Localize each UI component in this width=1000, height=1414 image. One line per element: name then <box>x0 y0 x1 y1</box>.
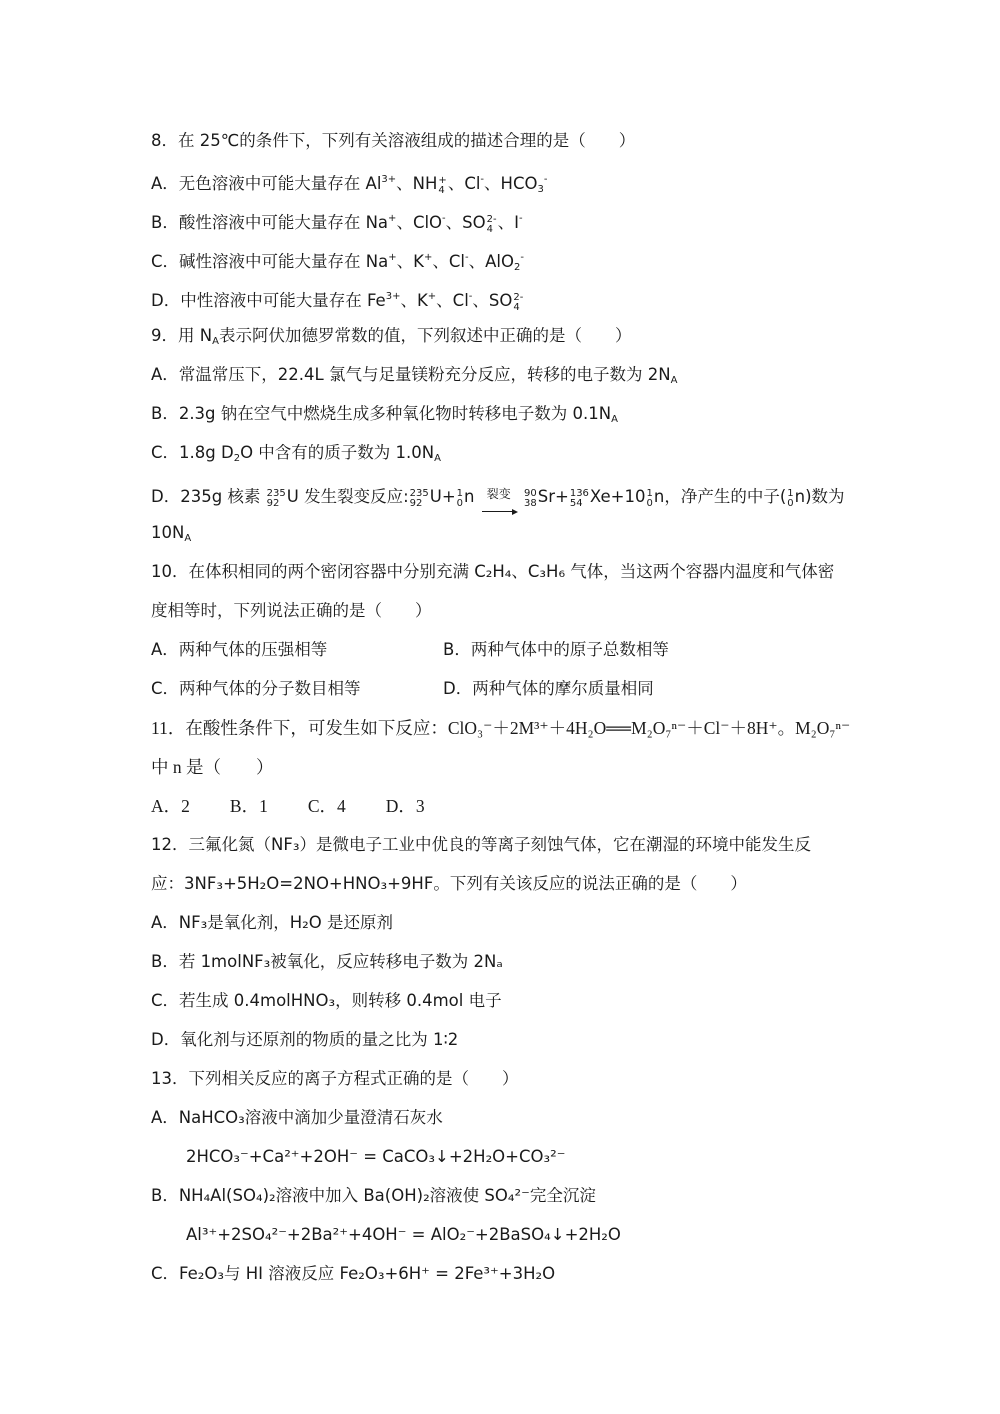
q11-option-d: D．3 <box>386 791 425 821</box>
q10-options-row2: C．两种气体的分子数目相等D．两种气体的摩尔质量相同 <box>151 674 861 704</box>
q8-option-a: A．无色溶液中可能大量存在 Al3+、NH+4、Cl-、HCO3- <box>151 165 547 195</box>
q10-option-a: A．两种气体的压强相等 <box>151 640 327 659</box>
q12-stem-line2: 应：3NF₃+5H₂O=2NO+HNO₃+9HF。下列有关该反应的说法正确的是（… <box>151 869 747 899</box>
q11-option-c: C．4 <box>308 791 346 821</box>
q10-stem-line1: 10．在体积相同的两个密闭容器中分别充满 C₂H₄、C₃H₆ 气体，当这两个容器… <box>151 557 834 587</box>
q10-option-d: D．两种气体的摩尔质量相同 <box>443 674 654 704</box>
q13-option-a: A．NaHCO₃溶液中滴加少量澄清石灰水 <box>151 1103 443 1133</box>
q10-option-b: B．两种气体中的原子总数相等 <box>443 635 669 665</box>
q11-options: A．2B．1C．4D．3 <box>151 791 465 821</box>
q9-option-d-cont: 10NA <box>151 518 191 548</box>
q11-stem-line1: 11．在酸性条件下，可发生如下反应：ClO₃⁻＋2M³⁺＋4H₂O══M₂O₇ⁿ… <box>151 713 850 743</box>
q13-option-b-equation: Al³⁺+2SO₄²⁻+2Ba²⁺+4OH⁻ = AlO₂⁻+2BaSO₄↓+2… <box>186 1220 621 1250</box>
q13-stem: 13．下列相关反应的离子方程式正确的是（ ） <box>151 1064 519 1094</box>
q9-option-b: B．2.3g 钠在空气中燃烧生成多种氧化物时转移电子数为 0.1NA <box>151 399 618 429</box>
q9-option-c: C．1.8g D2O 中含有的质子数为 1.0NA <box>151 438 441 468</box>
q9-option-a: A．常温常压下，22.4L 氯气与足量镁粉充分反应，转移的电子数为 2NA <box>151 360 677 390</box>
q13-option-a-equation: 2HCO₃⁻+Ca²⁺+2OH⁻ = CaCO₃↓+2H₂O+CO₃²⁻ <box>186 1142 565 1172</box>
q11-option-a: A．2 <box>151 791 190 821</box>
q13-option-c: C．Fe₂O₃与 HI 溶液反应 Fe₂O₃+6H⁺ = 2Fe³⁺+3H₂O <box>151 1259 555 1289</box>
q11-stem-line2: 中 n 是（ ） <box>151 752 274 782</box>
q12-stem-line1: 12．三氟化氮（NF₃）是微电子工业中优良的等离子刻蚀气体，它在潮湿的环境中能发… <box>151 830 811 860</box>
fission-arrow: 裂变 <box>480 479 518 509</box>
q10-option-c: C．两种气体的分子数目相等 <box>151 679 361 698</box>
q8-option-c: C．碱性溶液中可能大量存在 Na+、K+、Cl-、AlO2- <box>151 243 524 273</box>
q12-option-b: B．若 1molNF₃被氧化，反应转移电子数为 2Nₐ <box>151 947 503 977</box>
q13-option-b: B．NH₄Al(SO₄)₂溶液中加入 Ba(OH)₂溶液使 SO₄²⁻完全沉淀 <box>151 1181 596 1211</box>
q9-stem: 9．用 NA表示阿伏加德罗常数的值，下列叙述中正确的是（ ） <box>151 321 631 351</box>
q11-option-b: B．1 <box>230 791 268 821</box>
q10-options-row1: A．两种气体的压强相等B．两种气体中的原子总数相等 <box>151 635 861 665</box>
q12-option-d: D．氧化剂与还原剂的物质的量之比为 1∶2 <box>151 1025 458 1055</box>
q12-option-c: C．若生成 0.4molHNO₃，则转移 0.4mol 电子 <box>151 986 502 1016</box>
q8-stem: 8．在 25℃的条件下，下列有关溶液组成的描述合理的是（ ） <box>151 126 635 156</box>
q8-option-b: B．酸性溶液中可能大量存在 Na+、ClO-、SO2-4、I- <box>151 204 523 234</box>
q9-option-d: D．235g 核素 23592U 发生裂变反应:23592U+10n 裂变 90… <box>151 479 845 509</box>
q10-stem-line2: 度相等时，下列说法正确的是（ ） <box>151 596 432 626</box>
q8-option-d: D．中性溶液中可能大量存在 Fe3+、K+、Cl-、SO2-4 <box>151 282 524 312</box>
q12-option-a: A．NF₃是氧化剂，H₂O 是还原剂 <box>151 908 393 938</box>
